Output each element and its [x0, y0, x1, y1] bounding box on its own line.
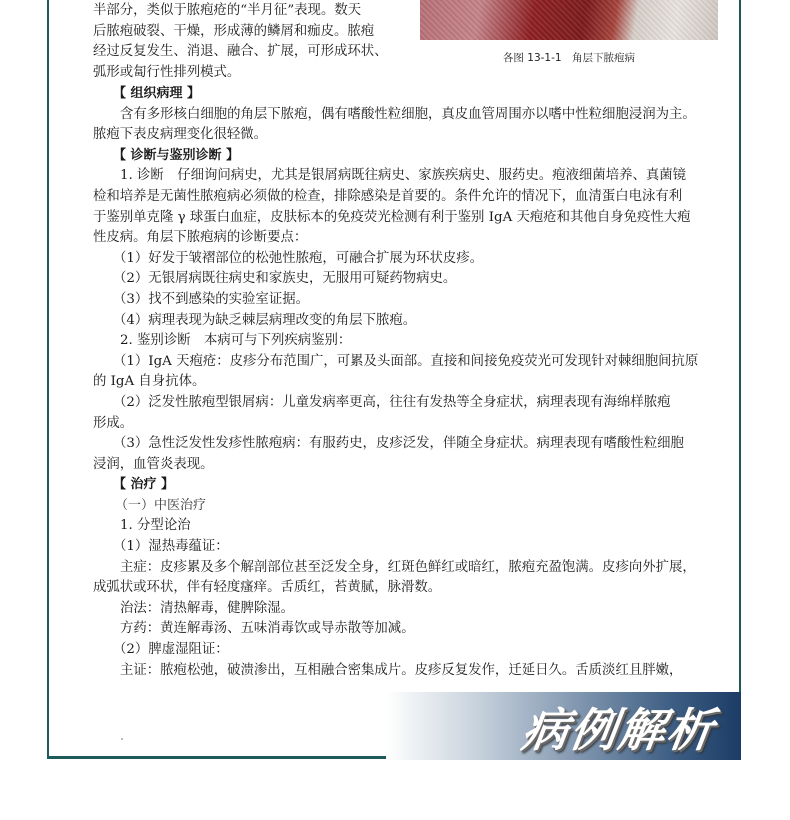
case-analysis-banner: 病例解析 — [47, 692, 741, 760]
differential-item-cont: 浸润，血管炎表现。 — [93, 455, 723, 476]
figure-photo — [420, 0, 718, 40]
paragraph-line: 脓疱下表皮病理变化很轻微。 — [93, 125, 723, 146]
paragraph-line: 检和培养是无菌性脓疱病必须做的检查，排除感染是首要的。条件允许的情况下，血清蛋白… — [93, 187, 723, 208]
type1-method: 治法：清热解毒，健脾除湿。 — [93, 599, 723, 620]
type2-symptoms: 主证：脓疱松弛，破溃渗出，互相融合密集成片。皮疹反复发作，迁延日久。舌质淡红且胖… — [93, 661, 723, 682]
figure-caption: 各图 13-1-1 角层下脓疱病 — [420, 50, 718, 65]
paragraph-line: 1. 诊断 仔细询问病史，尤其是银屑病既往病史、家族疾病史、服药史。疱液细菌培养… — [93, 166, 723, 187]
intro-line: 半部分，类似于脓疱疮的“半月征”表现。数天 — [93, 1, 388, 22]
type2-title: （2）脾虚湿阻证： — [93, 640, 723, 661]
document-body: 【 组织病理 】 含有多形核白细胞的角层下脓疱，偶有嗜酸性粒细胞，真皮血管周围亦… — [93, 84, 723, 681]
intro-line: 后脓疱破裂、干燥，形成薄的鳞屑和痂皮。脓疱 — [93, 22, 388, 43]
differential-item: （1）IgA 天疱疮：皮疹分布范围广，可累及头面部。直接和间接免疫荧光可发现针对… — [93, 352, 723, 373]
speck — [121, 738, 123, 740]
differential-item: （3）急性泛发性发疹性脓疱病：有服药史，皮疹泛发，伴随全身症状。病理表现有嗜酸性… — [93, 434, 723, 455]
type1-title: （1）湿热毒蕴证： — [93, 537, 723, 558]
type1-prescription: 方药：黄连解毒汤、五味消毒饮或导赤散等加减。 — [93, 619, 723, 640]
paragraph-line: 性皮病。角层下脓疱病的诊断要点： — [93, 228, 723, 249]
differential-item-cont: 的 IgA 自身抗体。 — [93, 372, 723, 393]
subtype-title: 1. 分型论治 — [93, 516, 723, 537]
banner-title: 病例解析 — [518, 694, 719, 760]
type1-symptoms-cont: 成弧状或环状，伴有轻度瘙痒。舌质红，苔黄腻，脉滑数。 — [93, 578, 723, 599]
diagnosis-point: （2）无银屑病既往病史和家族史，无服用可疑药物病史。 — [93, 269, 723, 290]
differential-item-cont: 形成。 — [93, 414, 723, 435]
diagnosis-point: （1）好发于皱褶部位的松弛性脓疱，可融合扩展为环状皮疹。 — [93, 249, 723, 270]
section-heading-treatment: 【 治疗 】 — [93, 475, 723, 496]
intro-line: 弧形或匐行性排列模式。 — [93, 63, 388, 84]
intro-line: 经过反复发生、消退、融合、扩展，可形成环状、 — [93, 42, 388, 63]
diagnosis-point: （3）找不到感染的实验室证据。 — [93, 290, 723, 311]
paragraph-line: 含有多形核白细胞的角层下脓疱，偶有嗜酸性粒细胞，真皮血管周围亦以嗜中性粒细胞浸润… — [93, 105, 723, 126]
tcm-title: （一）中医治疗 — [93, 496, 723, 517]
section-heading-diagnosis: 【 诊断与鉴别诊断 】 — [93, 146, 723, 167]
section-heading-pathology: 【 组织病理 】 — [93, 84, 723, 105]
diagnosis-point: （4）病理表现为缺乏棘层病理改变的角层下脓疱。 — [93, 311, 723, 332]
paragraph-line: 于鉴别单克隆 γ 球蛋白血症，皮肤标本的免疫荧光检测有利于鉴别 IgA 天疱疮和… — [93, 208, 723, 229]
differential-title: 2. 鉴别诊断 本病可与下列疾病鉴别： — [93, 331, 723, 352]
intro-paragraph: 半部分，类似于脓疱疮的“半月征”表现。数天 后脓疱破裂、干燥，形成薄的鳞屑和痂皮… — [93, 1, 388, 83]
type1-symptoms: 主症：皮疹累及多个解剖部位甚至泛发全身，红斑色鲜红或暗红，脓疱充盈饱满。皮疹向外… — [93, 558, 723, 579]
differential-item: （2）泛发性脓疱型银屑病：儿童发病率更高，往往有发热等全身症状，病理表现有海绵样… — [93, 393, 723, 414]
